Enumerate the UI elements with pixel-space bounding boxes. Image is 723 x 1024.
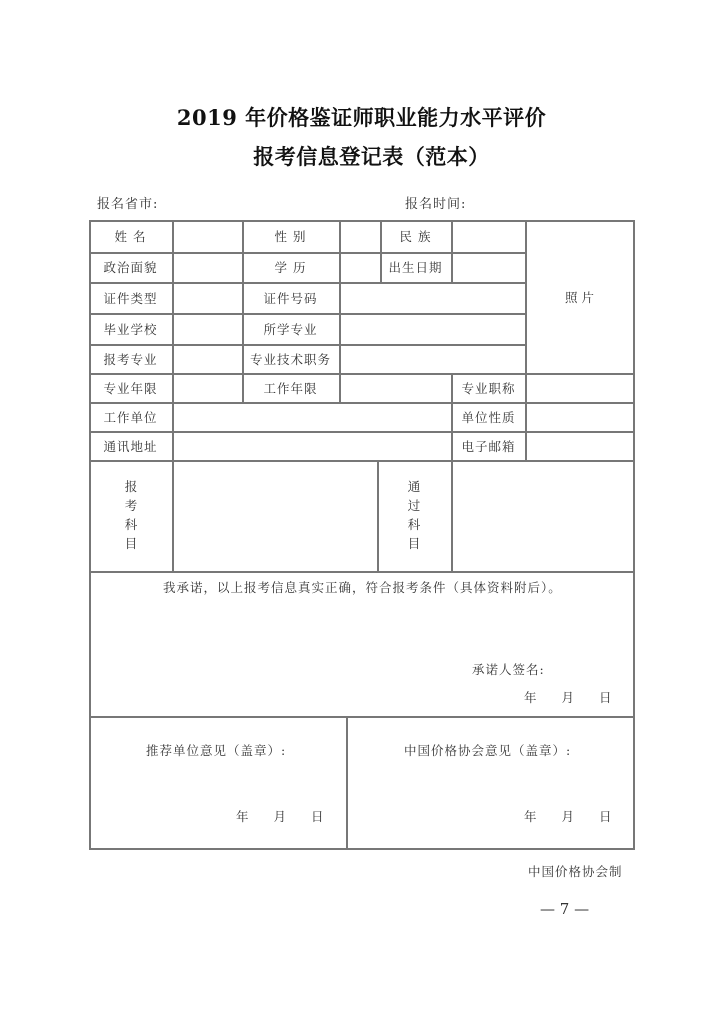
recommend-unit-opinion-label: 推荐单位意见（盖章）: <box>146 741 286 759</box>
label-exam-major: 报考专业 <box>89 344 172 373</box>
association-opinion-label: 中国价格协会意见（盖章）: <box>404 741 571 759</box>
table-border-right <box>633 220 635 849</box>
field-birth-date[interactable] <box>452 252 525 282</box>
table-border-bottom <box>89 848 635 850</box>
field-major-years[interactable] <box>173 373 242 402</box>
photo-area[interactable]: 照 片 <box>526 220 633 373</box>
label-name: 姓 名 <box>89 220 172 252</box>
issuer-organization: 中国价格协会制 <box>528 862 623 880</box>
field-gender[interactable] <box>340 220 380 252</box>
label-char: 科 <box>125 515 138 534</box>
field-education[interactable] <box>340 252 380 282</box>
association-date: 年月日 <box>524 807 613 825</box>
field-passed-subjects[interactable] <box>452 461 633 571</box>
label-exam-subjects: 报 考 科 目 <box>124 477 138 553</box>
field-major-studied[interactable] <box>340 313 525 344</box>
field-name[interactable] <box>173 220 242 252</box>
label-ethnicity: 民 族 <box>380 220 451 252</box>
label-gender: 性 别 <box>242 220 339 252</box>
label-employer-type: 单位性质 <box>452 402 525 431</box>
recommend-date: 年月日 <box>236 807 325 825</box>
label-work-years: 工作年限 <box>242 373 339 402</box>
label-education: 学 历 <box>242 252 339 282</box>
label-id-type: 证件类型 <box>89 282 172 313</box>
label-major-years: 专业年限 <box>89 373 172 402</box>
label-tech-position: 专业技术职务 <box>242 344 339 373</box>
field-political-status[interactable] <box>173 252 242 282</box>
date-month: 月 <box>562 807 576 825</box>
field-tech-position[interactable] <box>340 344 525 373</box>
date-month: 月 <box>562 688 576 706</box>
label-school: 毕业学校 <box>89 313 172 344</box>
field-employer-type[interactable] <box>526 402 633 431</box>
label-id-number: 证件号码 <box>242 282 339 313</box>
field-ethnicity[interactable] <box>452 220 525 252</box>
row-line <box>89 571 635 573</box>
label-char: 目 <box>125 534 138 553</box>
field-school[interactable] <box>173 313 242 344</box>
label-char: 考 <box>125 496 138 515</box>
promise-date: 年月日 <box>524 688 613 706</box>
field-address[interactable] <box>173 431 451 460</box>
label-email: 电子邮箱 <box>452 431 525 460</box>
label-char: 通 <box>408 477 421 496</box>
col-line <box>346 716 348 848</box>
signature-label: 承诺人签名: <box>472 660 545 678</box>
document-title-line1: 2019 年价格鉴证师职业能力水平评价 <box>0 102 723 132</box>
label-major-studied: 所学专业 <box>242 313 339 344</box>
field-exam-subjects[interactable] <box>173 461 377 571</box>
registration-time-label: 报名时间: <box>405 193 466 212</box>
registration-province-label: 报名省市: <box>97 193 158 212</box>
field-id-number[interactable] <box>340 282 525 313</box>
label-char: 科 <box>408 515 421 534</box>
field-employer[interactable] <box>173 402 451 431</box>
label-political-status: 政治面貌 <box>89 252 172 282</box>
date-day: 日 <box>599 688 613 706</box>
promise-statement: 我承诺，以上报考信息真实正确，符合报考条件（具体资料附后）。 <box>163 578 562 596</box>
date-year: 年 <box>524 688 538 706</box>
date-day: 日 <box>599 807 613 825</box>
label-char: 报 <box>125 477 138 496</box>
col-line <box>377 460 379 571</box>
field-exam-major[interactable] <box>173 344 242 373</box>
date-year: 年 <box>236 807 250 825</box>
label-char: 目 <box>408 534 421 553</box>
document-title-line2: 报考信息登记表（范本） <box>10 141 723 171</box>
field-email[interactable] <box>526 431 633 460</box>
date-year: 年 <box>524 807 538 825</box>
field-prof-title[interactable] <box>526 373 633 402</box>
label-employer: 工作单位 <box>89 402 172 431</box>
row-line <box>89 716 635 718</box>
label-passed-subjects: 通 过 科 目 <box>407 477 421 553</box>
date-month: 月 <box>274 807 288 825</box>
label-birth-date: 出生日期 <box>380 252 451 282</box>
date-day: 日 <box>311 807 325 825</box>
page-number: — 7 — <box>540 900 589 918</box>
field-work-years[interactable] <box>340 373 451 402</box>
label-char: 过 <box>408 496 421 515</box>
label-prof-title: 专业职称 <box>452 373 525 402</box>
label-address: 通讯地址 <box>89 431 172 460</box>
field-id-type[interactable] <box>173 282 242 313</box>
